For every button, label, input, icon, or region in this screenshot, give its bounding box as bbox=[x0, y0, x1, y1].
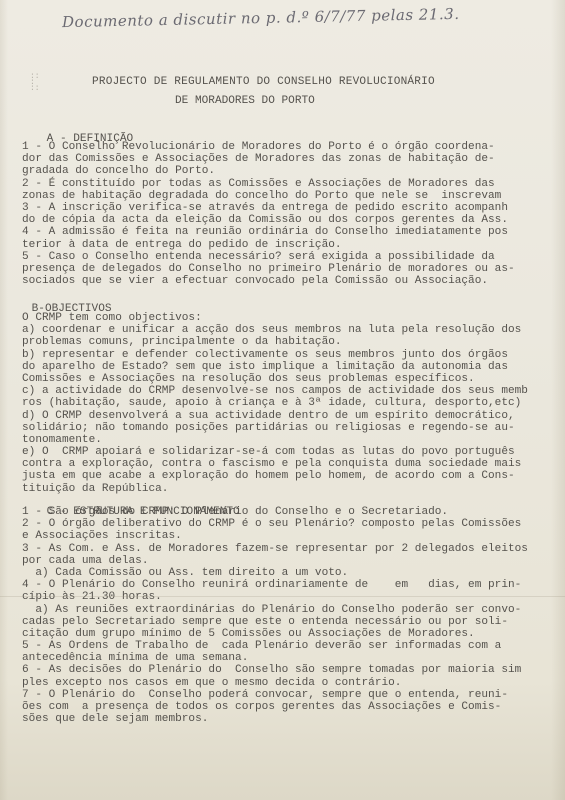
section-c-body: 1 - São órgãos do CRMP: O Plenário do Co… bbox=[22, 506, 562, 725]
text-line: antecedência mínima de uma semana. bbox=[22, 652, 562, 664]
text-line: 1 - São órgãos do CRMP: O Plenário do Co… bbox=[22, 506, 562, 518]
text-line: ões com a presença de todos os corpos ge… bbox=[22, 701, 562, 713]
text-line: a) coordenar e unificar a acção dos seus… bbox=[22, 324, 562, 336]
text-line: 2 - É constituído por todas as Comissões… bbox=[22, 178, 562, 190]
text-line: problemas comuns, principalmente o da ha… bbox=[22, 336, 562, 348]
text-line: do de cópia da acta da eleição da Comiss… bbox=[22, 214, 562, 226]
text-line: O CRMP tem como objectivos: bbox=[22, 312, 562, 324]
text-line: Comissões e Associações na resolução dos… bbox=[22, 373, 562, 385]
text-line: 5 - Caso o Conselho entenda necessário? … bbox=[22, 251, 562, 263]
text-line: zonas de habitação degradada do concelho… bbox=[22, 190, 562, 202]
text-line: 4 - A admissão é feita na reunião ordiná… bbox=[22, 226, 562, 238]
document-title: PROJECTO DE REGULAMENTO DO CONSELHO REVO… bbox=[92, 76, 435, 88]
text-line: 3 - A inscrição verifica-se através da e… bbox=[22, 202, 562, 214]
margin-stamp-mark: ::::: bbox=[30, 74, 44, 100]
text-line: b) representar e defender colectivamente… bbox=[22, 349, 562, 361]
text-line: 6 - As decisões do Plenário do Conselho … bbox=[22, 664, 562, 676]
text-line: 1 - O Conselho Revolucionário de Morador… bbox=[22, 141, 562, 153]
text-line: cadas pelo Secretariado sempre que este … bbox=[22, 616, 562, 628]
text-line: gradada do concelho do Porto. bbox=[22, 165, 562, 177]
text-line: solidário; não tomando posições partidár… bbox=[22, 422, 562, 434]
text-line: sões que dele sejam membros. bbox=[22, 713, 562, 725]
text-line: e) O CRMP apoiará e solidarizar-se-á com… bbox=[22, 446, 562, 458]
text-line: ros (habitação, saude, apoio à criança e… bbox=[22, 397, 562, 409]
text-line: tonomamente. bbox=[22, 434, 562, 446]
document-subtitle: DE MORADORES DO PORTO bbox=[175, 95, 315, 107]
text-line: 7 - O Plenário do Conselho poderá convoc… bbox=[22, 689, 562, 701]
text-line: sociados que se vier a efectuar convocad… bbox=[22, 275, 562, 287]
section-a-body: 1 - O Conselho Revolucionário de Morador… bbox=[22, 141, 562, 287]
text-line: a) As reuniões extraordinárias do Plenár… bbox=[22, 604, 562, 616]
text-line: do aparelho de Estado? sem que isto impl… bbox=[22, 361, 562, 373]
text-line: cípio às 21.30 horas. bbox=[22, 591, 562, 603]
text-line: citação dum grupo mínimo de 5 Comissões … bbox=[22, 628, 562, 640]
text-line: 4 - O Plenário do Conselho reunirá ordin… bbox=[22, 579, 562, 591]
paper-fold-line bbox=[0, 596, 565, 597]
text-line: 5 - As Ordens de Trabalho de cada Plenár… bbox=[22, 640, 562, 652]
document-page: Documento a discutir no p. d.º 6/7/77 pe… bbox=[0, 0, 565, 800]
text-line: ples excepto nos casos em que o mesmo de… bbox=[22, 677, 562, 689]
text-line: presença de delegados do Conselho no pri… bbox=[22, 263, 562, 275]
text-line: por cada uma delas. bbox=[22, 555, 562, 567]
text-line: 2 - O órgão deliberativo do CRMP é o seu… bbox=[22, 518, 562, 530]
text-line: terior à data de entrega do pedido de in… bbox=[22, 239, 562, 251]
text-line: contra a exploração, contra o fascismo e… bbox=[22, 458, 562, 470]
handwritten-annotation: Documento a discutir no p. d.º 6/7/77 pe… bbox=[62, 8, 460, 29]
text-line: dor das Comissões e Associações de Morad… bbox=[22, 153, 562, 165]
text-line: d) O CRMP desenvolverá a sua actividade … bbox=[22, 410, 562, 422]
section-b-body: O CRMP tem como objectivos:a) coordenar … bbox=[22, 312, 562, 495]
text-line: 3 - As Com. e Ass. de Moradores fazem-se… bbox=[22, 543, 562, 555]
text-line: a) Cada Comissão ou Ass. tem direito a u… bbox=[22, 567, 562, 579]
text-line: c) a actividade do CRMP desenvolve-se no… bbox=[22, 385, 562, 397]
text-line: tituição da República. bbox=[22, 483, 562, 495]
text-line: e Associações inscritas. bbox=[22, 530, 562, 542]
text-line: justa em que acabe a exploração do homem… bbox=[22, 470, 562, 482]
